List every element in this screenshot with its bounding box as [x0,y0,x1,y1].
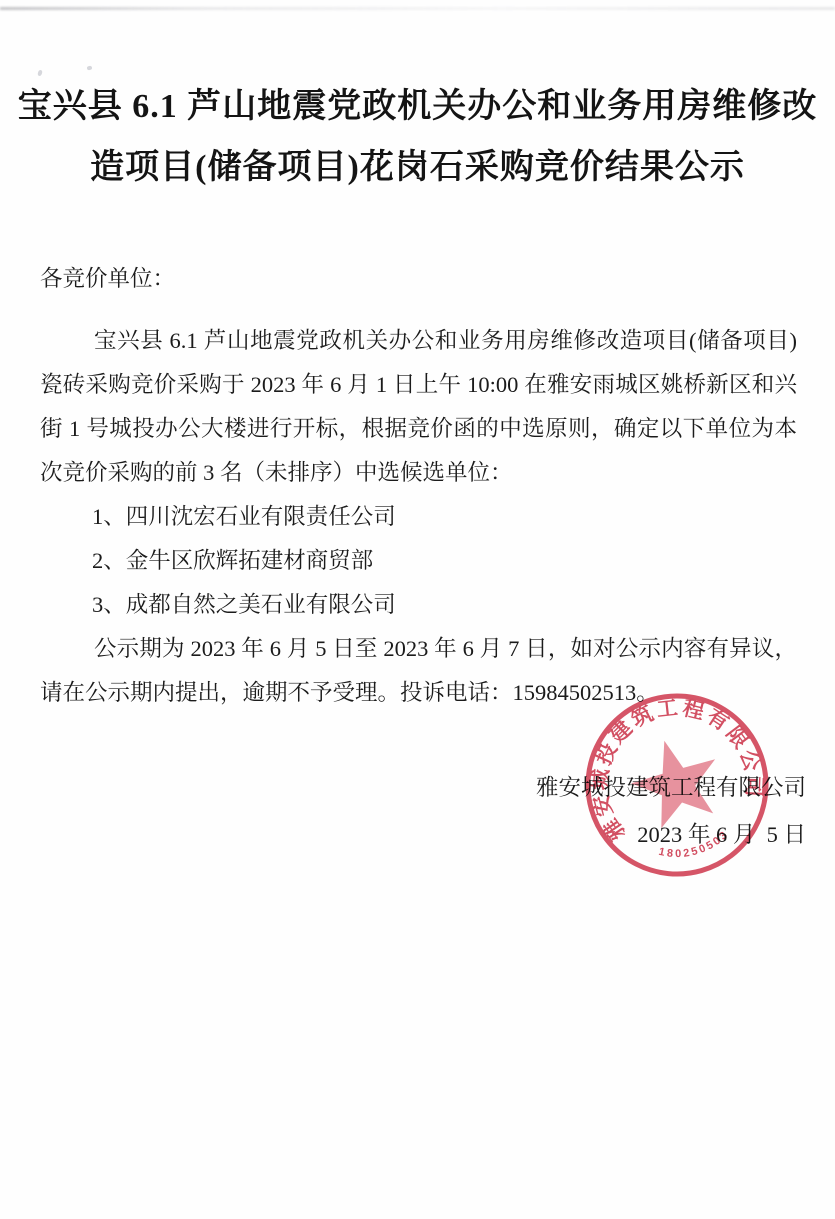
salutation-text: 各竞价单位： [40,257,797,301]
document-title: 宝兴县 6.1 芦山地震党政机关办公和业务用房维修改 造项目(储备项目)花岗石采… [0,76,835,198]
winner-list-item-1: 1、四川沈宏石业有限责任公司 [40,495,797,539]
body-paragraph: 宝兴县 6.1 芦山地震党政机关办公和业务用房维修改造项目(储备项目)瓷砖采购竞… [40,319,797,495]
document-title-line-2: 造项目(储备项目)花岗石采购竞价结果公示 [0,137,835,198]
official-seal: 雅安城投建筑工程有限公司 5118025050330 [577,685,777,885]
document-body: 各竞价单位： 宝兴县 6.1 芦山地震党政机关办公和业务用房维修改造项目(储备项… [40,257,797,715]
document-page: 宝兴县 6.1 芦山地震党政机关办公和业务用房维修改 造项目(储备项目)花岗石采… [0,0,835,1219]
seal-star-icon [622,729,729,833]
document-title-line-1: 宝兴县 6.1 芦山地震党政机关办公和业务用房维修改 [0,76,835,137]
winner-list-item-3: 3、成都自然之美石业有限公司 [40,583,797,627]
scan-speck [87,65,93,70]
winner-list: 1、四川沈宏石业有限责任公司 2、金牛区欣辉拓建材商贸部 3、成都自然之美石业有… [40,495,797,627]
scan-artifact-top-edge [0,7,835,10]
winner-list-item-2: 2、金牛区欣辉拓建材商贸部 [40,539,797,583]
seal-group: 雅安城投建筑工程有限公司 5118025050330 [577,685,777,885]
